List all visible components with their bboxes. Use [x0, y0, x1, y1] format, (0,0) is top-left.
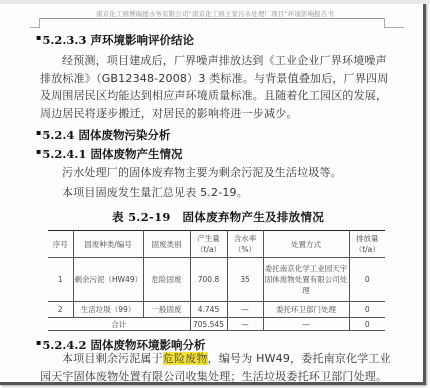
- cell-total-amount: 705.545: [190, 318, 227, 331]
- heading-5-2-3-3: ▪5.2.3.3 声环境影响评价结论: [36, 32, 194, 48]
- header-type: 固废种类/编号: [73, 231, 143, 258]
- top-edge: [0, 0, 430, 4]
- header-water: 含水率（%）: [227, 231, 263, 258]
- running-header: 南京化工园博瑞德水务有限公司“南京化工园王家污水处理厂项目”环境影响报告书: [40, 9, 390, 18]
- cell-discharge: 0: [349, 258, 385, 302]
- table-row: 2 生活垃圾（99） 一般固废 4.745 — 委托环卫部门处理 0: [48, 302, 385, 318]
- cell-category: 危险固废: [143, 258, 190, 302]
- header-amount: 产生量（t/a）: [190, 231, 227, 258]
- header-rule: [40, 18, 384, 19]
- cell-water: —: [227, 302, 263, 318]
- cell-discharge: 0: [349, 302, 385, 318]
- cell-no: 1: [48, 258, 73, 302]
- cell-type: 剩余污泥（HW49）: [73, 258, 143, 302]
- cell-total-water: —: [227, 318, 263, 331]
- cell-amount: 700.8: [190, 258, 227, 302]
- header-category: 固废类别: [143, 231, 190, 258]
- highlighted-text-hazardous-waste: 危险废物: [163, 352, 208, 365]
- paragraph-waste-impact: 本项目剩余污泥属于危险废物，编号为 HW49，委托南京化学工业园天宇固体废物处置…: [40, 350, 392, 386]
- header-discharge: 排放量（t/a）: [349, 231, 385, 258]
- table-total-row: 合计 705.545 — — 0: [48, 318, 385, 331]
- table-caption: 表 5.2-19 固体废弃物产生及排放情况: [112, 209, 324, 225]
- cell-total-disposal: —: [263, 318, 349, 331]
- cell-no: 2: [48, 302, 73, 318]
- cell-amount: 4.745: [190, 302, 227, 318]
- cell-water: 35: [227, 258, 263, 302]
- margin-corner-left: [30, 18, 40, 28]
- margin-corner-right: [384, 18, 404, 28]
- table-header-row: 序号 固废种类/编号 固废类别 产生量（t/a） 含水率（%） 处置方式 排放量…: [48, 231, 385, 258]
- cell-disposal: 委托南京化学工业园天宇固体废物处置有限公司处理: [263, 258, 349, 302]
- paragraph-noise-conclusion: 经预测，项目建成后，厂界噪声排放达到《工业企业厂界环境噪声排放标准》（GB123…: [40, 52, 392, 122]
- paragraph-table-reference: 本项目固废发生量汇总见表 5.2-19。: [40, 184, 392, 202]
- solid-waste-table: 序号 固废种类/编号 固废类别 产生量（t/a） 含水率（%） 处置方式 排放量…: [48, 230, 385, 331]
- cell-disposal: 委托环卫部门处理: [263, 302, 349, 318]
- header-disposal: 处置方式: [263, 231, 349, 258]
- paragraph-solid-waste-types: 污水处理厂的固体废弃物主要为剩余污泥及生活垃圾等。: [40, 164, 392, 182]
- cell-type: 生活垃圾（99）: [73, 302, 143, 318]
- cell-total-label: 合计: [48, 318, 190, 331]
- cell-category: 一般固废: [143, 302, 190, 318]
- bullet-mark: ▪: [36, 337, 41, 347]
- heading-5-2-4-1: ▪5.2.4.1 固体废物产生情况: [36, 146, 182, 162]
- bullet-mark: ▪: [36, 32, 41, 42]
- bullet-mark: ▪: [36, 146, 41, 156]
- document-page: 南京化工园博瑞德水务有限公司“南京化工园王家污水处理厂项目”环境影响报告书 ▪5…: [0, 0, 426, 385]
- heading-5-2-4: ▪5.2.4 固体废物污染分析: [36, 127, 170, 143]
- table-row: 1 剩余污泥（HW49） 危险固废 700.8 35 委托南京化学工业园天宇固体…: [48, 258, 385, 302]
- cell-total-discharge: 0: [349, 318, 385, 331]
- header-no: 序号: [48, 231, 73, 258]
- bullet-mark: ▪: [36, 127, 41, 137]
